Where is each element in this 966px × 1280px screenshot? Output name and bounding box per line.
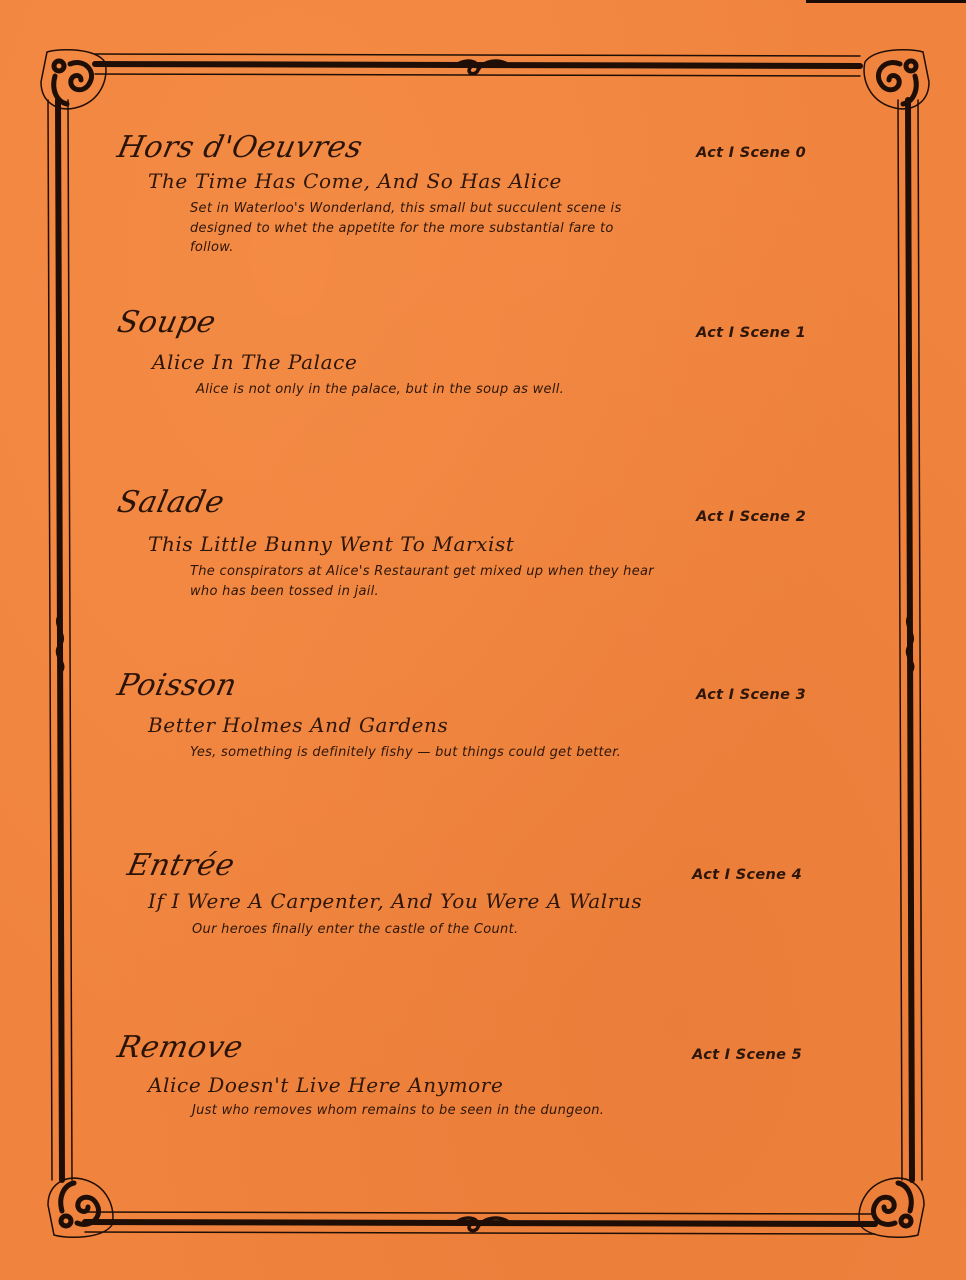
scene-description: Just who removes whom remains to be seen… [192,1101,632,1121]
scene-description: The conspirators at Alice's Restaurant g… [190,562,660,601]
course-name: Poisson [114,668,240,703]
course-name: Salade [114,485,227,520]
scene-title: Alice In The Palace [152,350,357,374]
scene-description: Set in Waterloo's Wonderland, this small… [190,199,660,258]
scene-title: Better Holmes And Gardens [148,713,448,737]
scene-description: Alice is not only in the palace, but in … [196,380,696,400]
course-name: Remove [114,1030,246,1065]
scene-title: If I Were A Carpenter, And You Were A Wa… [148,889,642,913]
scene-description: Our heroes finally enter the castle of t… [192,920,692,940]
act-scene: Act I Scene 1 [696,325,806,341]
scene-title: Alice Doesn't Live Here Anymore [148,1073,503,1097]
act-scene: Act I Scene 0 [696,145,806,161]
act-scene: Act I Scene 2 [696,509,806,525]
scene-description: Yes, something is definitely fishy — but… [190,743,660,763]
act-scene: Act I Scene 5 [692,1047,802,1063]
course-name: Hors d'Oeuvres [114,130,366,165]
course-name: Soupe [114,305,219,340]
course-name: Entrée [124,848,238,883]
scene-title: This Little Bunny Went To Marxist [148,532,515,556]
scene-title: The Time Has Come, And So Has Alice [148,169,562,193]
act-scene: Act I Scene 3 [696,687,806,703]
act-scene: Act I Scene 4 [692,867,802,883]
